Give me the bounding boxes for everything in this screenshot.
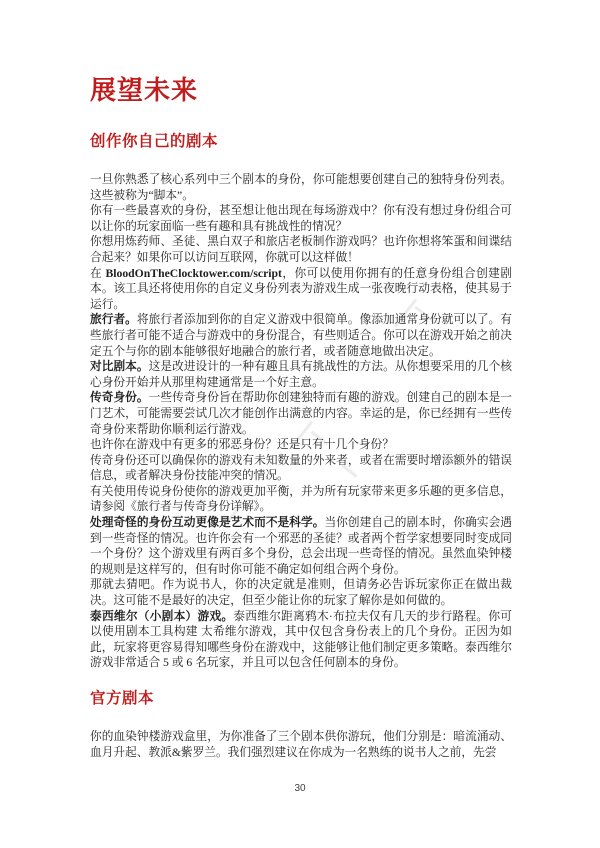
text-run: 那就去猜吧。作为说书人，你的决定就是准则，但请务必告诉玩家你正在做出裁决。这可能…: [90, 578, 512, 607]
paragraph: 传奇身份还可以确保你的游戏有未知数量的外来者，或者在需要时增添额外的错误信息，或…: [90, 453, 512, 484]
bold-text-run: 旅行者。: [90, 313, 137, 326]
paragraph: 你的血染钟楼游戏盒里，为你准备了三个剧本供你游玩，他们分别是：暗流涌动、血月升起…: [90, 729, 512, 760]
paragraph: 一旦你熟悉了核心系列中三个剧本的身份，你可能想要创建自己的独特身份列表。这些被称…: [90, 172, 512, 203]
text-run: 在: [90, 267, 105, 280]
text-run: 有关使用传说身份使你的游戏更加平衡，并为所有玩家带来更多乐趣的更多信息，请参阅《…: [90, 485, 512, 514]
paragraph: 也许你在游戏中有更多的邪恶身份？还是只有十几个身份？: [90, 437, 512, 453]
text-run: 你的血染钟楼游戏盒里，为你准备了三个剧本供你游玩，他们分别是：暗流涌动、血月升起…: [90, 730, 512, 759]
bold-text-run: 泰西维尔（小剧本）游戏。: [90, 610, 233, 623]
paragraph: 有关使用传说身份使你的游戏更加平衡，并为所有玩家带来更多乐趣的更多信息，请参阅《…: [90, 484, 512, 515]
page-number: 30: [0, 783, 600, 794]
paragraph: 对比剧本。这是改进设计的一种有趣且具有挑战性的方法。从你想要采用的几个核心身份开…: [90, 359, 512, 390]
bold-text-run: 对比剧本。: [90, 360, 149, 373]
paragraph: 在 BloodOnTheClocktower.com/script，你可以使用你…: [90, 266, 512, 313]
paragraph: 你有一些最喜欢的身份，甚至想让他出现在每场游戏中？你有没有想过身份组合可以让你的…: [90, 203, 512, 234]
paragraph: 旅行者。将旅行者添加到你的自定义游戏中很简单。像添加通常身份就可以了。有些旅行者…: [90, 312, 512, 359]
text-column: 展望未来 创作你自己的剧本一旦你熟悉了核心系列中三个剧本的身份，你可能想要创建自…: [90, 0, 512, 760]
paragraph: 处理奇怪的身份互动更像是艺术而不是科学。当你创建自己的剧本时，你确实会遇到一些奇…: [90, 515, 512, 577]
text-run: 你有一些最喜欢的身份，甚至想让他出现在每场游戏中？你有没有想过身份组合可以让你的…: [90, 204, 512, 233]
text-run: 将旅行者添加到你的自定义游戏中很简单。像添加通常身份就可以了。有些旅行者可能不适…: [90, 313, 512, 357]
section-heading: 官方剧本: [90, 689, 512, 709]
paragraph: 那就去猜吧。作为说书人，你的决定就是准则，但请务必告诉玩家你正在做出裁决。这可能…: [90, 577, 512, 608]
paragraph: 你想用炼药师、圣徒、黑白双子和旅店老板制作游戏吗？也许你想将笨蛋和间谍结合起来？…: [90, 234, 512, 265]
text-run: 也许你在游戏中有更多的邪恶身份？还是只有十几个身份？: [90, 438, 394, 451]
text-run: 你想用炼药师、圣徒、黑白双子和旅店老板制作游戏吗？也许你想将笨蛋和间谍结合起来？…: [90, 235, 512, 264]
paragraph: 泰西维尔（小剧本）游戏。泰西维尔距离鸦木·布拉夫仅有几天的步行路程。你可以使用剧…: [90, 609, 512, 671]
text-run: 传奇身份还可以确保你的游戏有未知数量的外来者，或者在需要时增添额外的错误信息，或…: [90, 454, 512, 483]
text-run: 一些传奇身份旨在帮助你创建独特而有趣的游戏。创建自己的剧本是一门艺术，可能需要尝…: [90, 391, 512, 435]
text-run: 一旦你熟悉了核心系列中三个剧本的身份，你可能想要创建自己的独特身份列表。这些被称…: [90, 173, 512, 202]
paragraph: 传奇身份。一些传奇身份旨在帮助你创建独特而有趣的游戏。创建自己的剧本是一门艺术，…: [90, 390, 512, 437]
section-heading: 创作你自己的剧本: [90, 132, 512, 152]
text-run: 这是改进设计的一种有趣且具有挑战性的方法。从你想要采用的几个核心身份开始并从那里…: [90, 360, 512, 389]
document-page: 展望未来 创作你自己的剧本一旦你熟悉了核心系列中三个剧本的身份，你可能想要创建自…: [0, 0, 600, 848]
sections: 创作你自己的剧本一旦你熟悉了核心系列中三个剧本的身份，你可能想要创建自己的独特身…: [90, 132, 512, 760]
bold-text-run: 传奇身份。: [90, 391, 149, 404]
page-title: 展望未来: [90, 74, 512, 106]
bold-text-run: 处理奇怪的身份互动更像是艺术而不是科学。: [90, 516, 324, 529]
bold-text-run: BloodOnTheClocktower.com/script: [105, 267, 282, 280]
